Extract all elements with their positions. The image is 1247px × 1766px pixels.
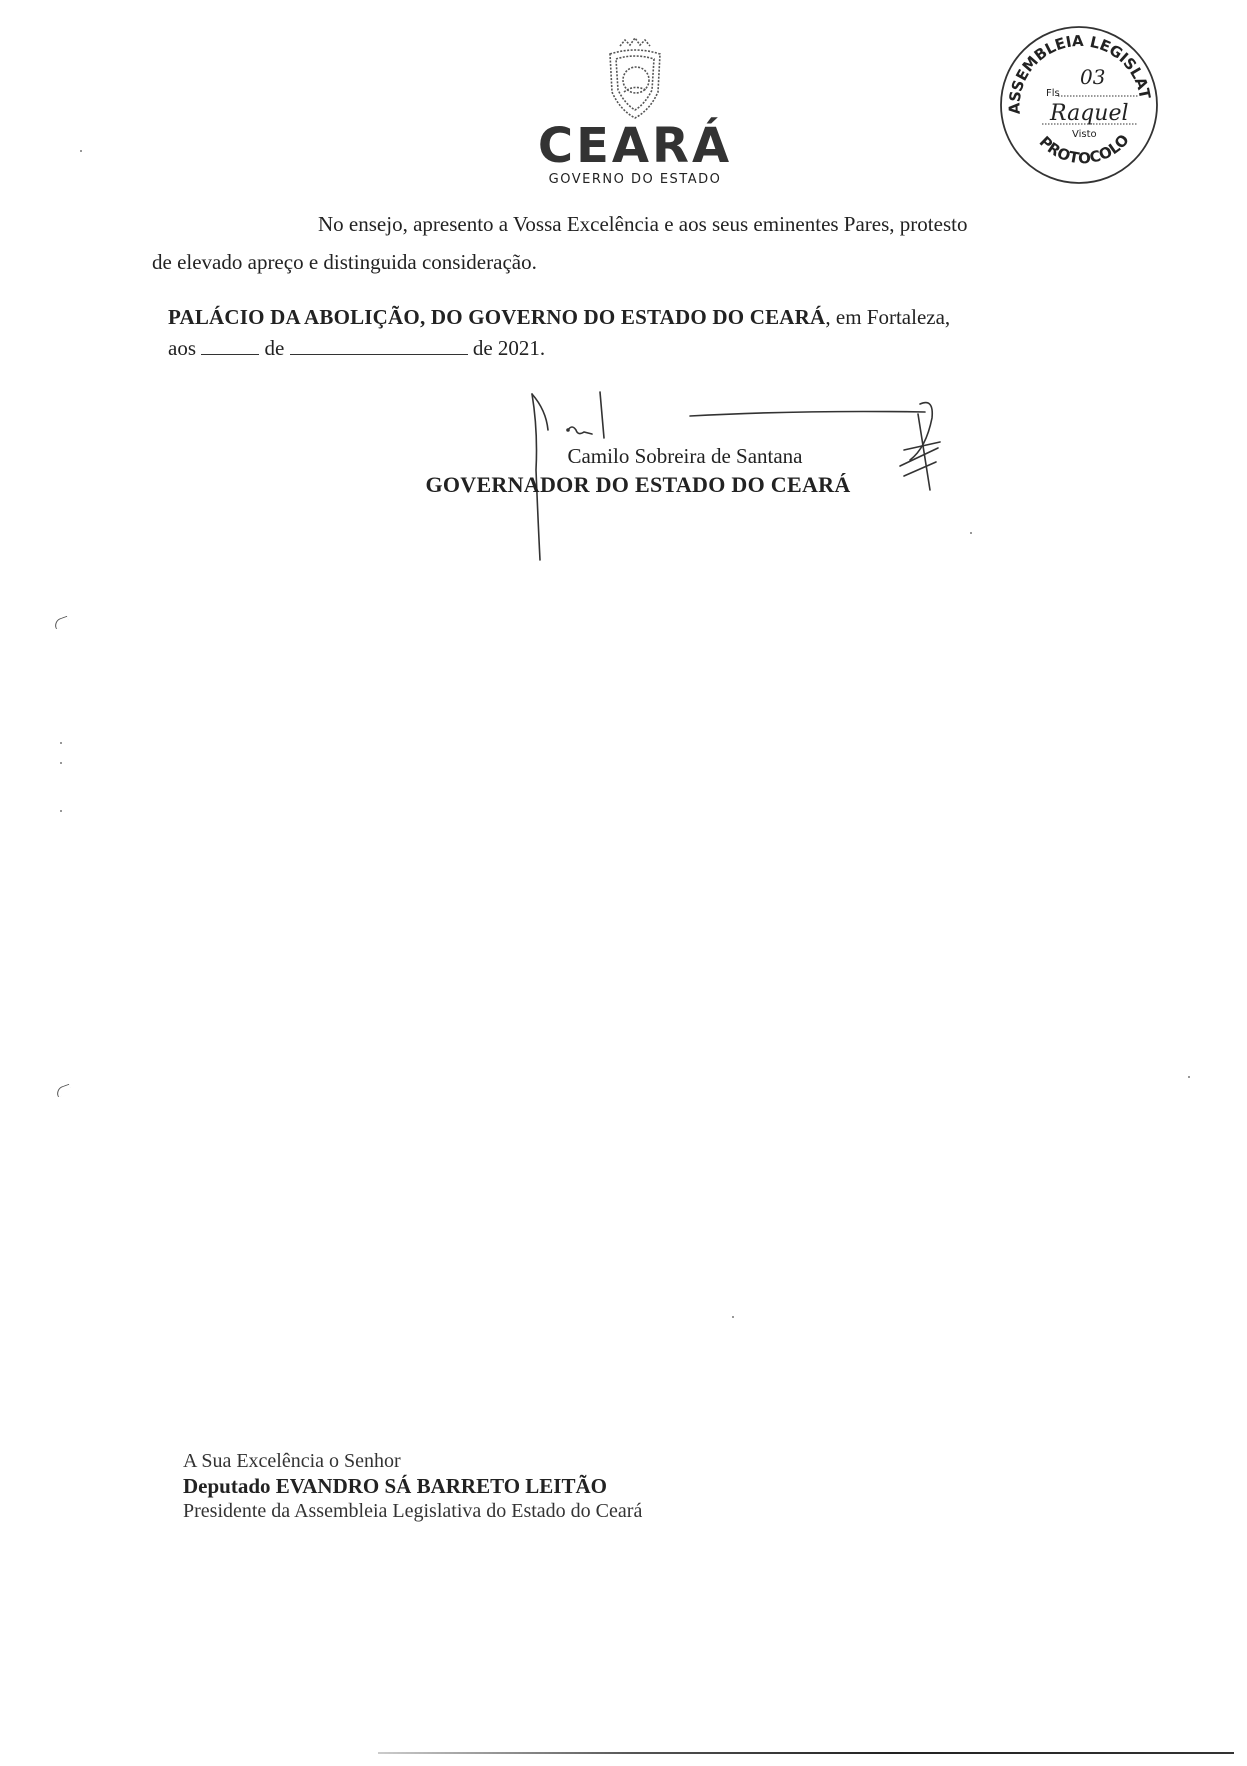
- date-prefix: aos: [168, 336, 196, 360]
- date-suffix: de 2021.: [473, 336, 545, 360]
- stamp-visto-label: Visto: [1072, 129, 1097, 140]
- addressee-name: Deputado EVANDRO SÁ BARRETO LEITÃO: [183, 1474, 607, 1499]
- scan-speck: [732, 1316, 734, 1318]
- scan-speck: [60, 762, 62, 764]
- logo-subtitle: GOVERNO DO ESTADO: [530, 172, 740, 187]
- stamp-fls-label: Fls: [1046, 88, 1060, 99]
- scan-speck: [60, 810, 62, 812]
- addressee-position: Presidente da Assembleia Legislativa do …: [183, 1500, 642, 1523]
- date-mid: de: [265, 336, 285, 360]
- ceara-coat-of-arms-icon: [600, 32, 670, 122]
- place-line: PALÁCIO DA ABOLIÇÃO, DO GOVERNO DO ESTAD…: [168, 305, 950, 330]
- scan-mark: [53, 616, 70, 630]
- protocol-stamp-icon: ASSEMBLEIA LEGISLATIVA DO CEARÁ PROTOCOL…: [998, 24, 1160, 186]
- scan-mark: [55, 1084, 72, 1098]
- stamp-fls-value: 03: [1080, 65, 1105, 89]
- day-blank: [201, 336, 259, 355]
- scan-speck: [60, 742, 62, 744]
- stamp-visto-signature: Raquel: [1049, 101, 1129, 126]
- place-name: PALÁCIO DA ABOLIÇÃO, DO GOVERNO DO ESTAD…: [168, 305, 825, 329]
- scan-speck: [1188, 1076, 1190, 1078]
- date-line: aos de de 2021.: [168, 336, 545, 361]
- scan-speck: [80, 150, 82, 152]
- scan-speck: [970, 532, 972, 534]
- logo-title: CEARÁ: [530, 122, 740, 170]
- page-bottom-rule: [378, 1752, 1234, 1754]
- closing-paragraph-line-2: de elevado apreço e distinguida consider…: [152, 250, 537, 275]
- place-city: , em Fortaleza,: [825, 305, 950, 329]
- signatory-name: Camilo Sobreira de Santana: [490, 444, 880, 469]
- addressee-salutation: A Sua Excelência o Senhor: [183, 1450, 401, 1473]
- closing-paragraph-line-1: No ensejo, apresento a Vossa Excelência …: [318, 212, 967, 237]
- signatory-title: GOVERNADOR DO ESTADO DO CEARÁ: [398, 472, 878, 498]
- month-blank: [290, 336, 468, 355]
